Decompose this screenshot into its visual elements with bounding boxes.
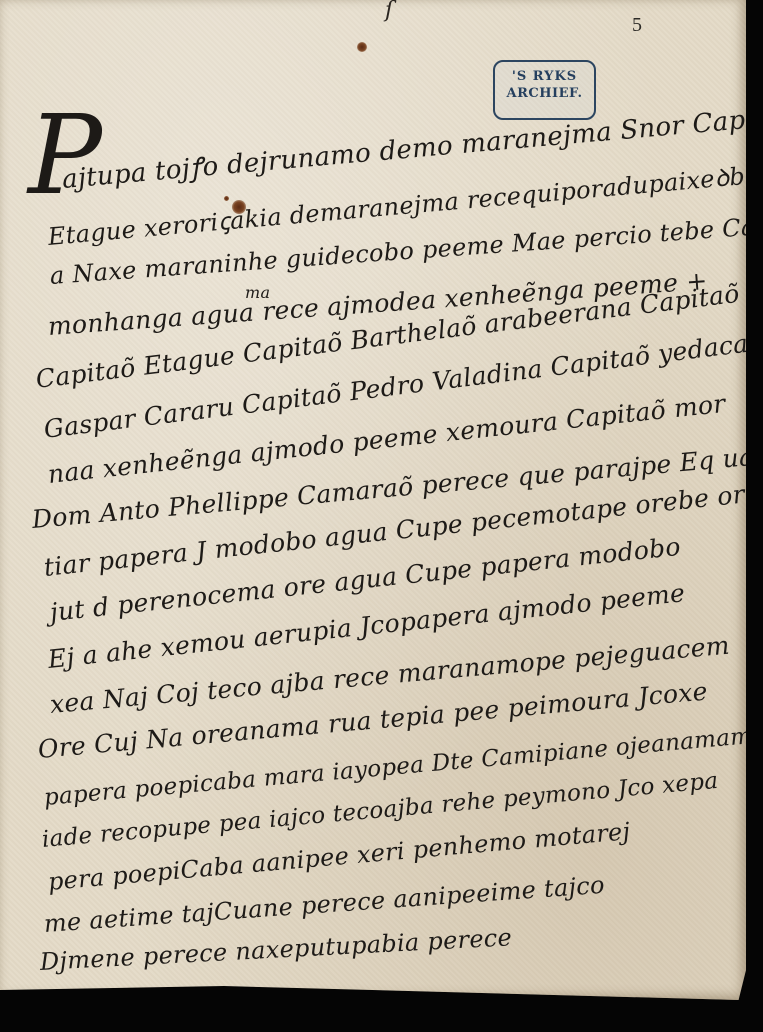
manuscript-page: ſ 5 'S RYKS ARCHIEF. P ajtupa tojꝭo dejr…: [0, 0, 746, 1000]
handwritten-text: ajtupa tojꝭo dejrunamo demo maranejma Sn…: [0, 0, 746, 1000]
